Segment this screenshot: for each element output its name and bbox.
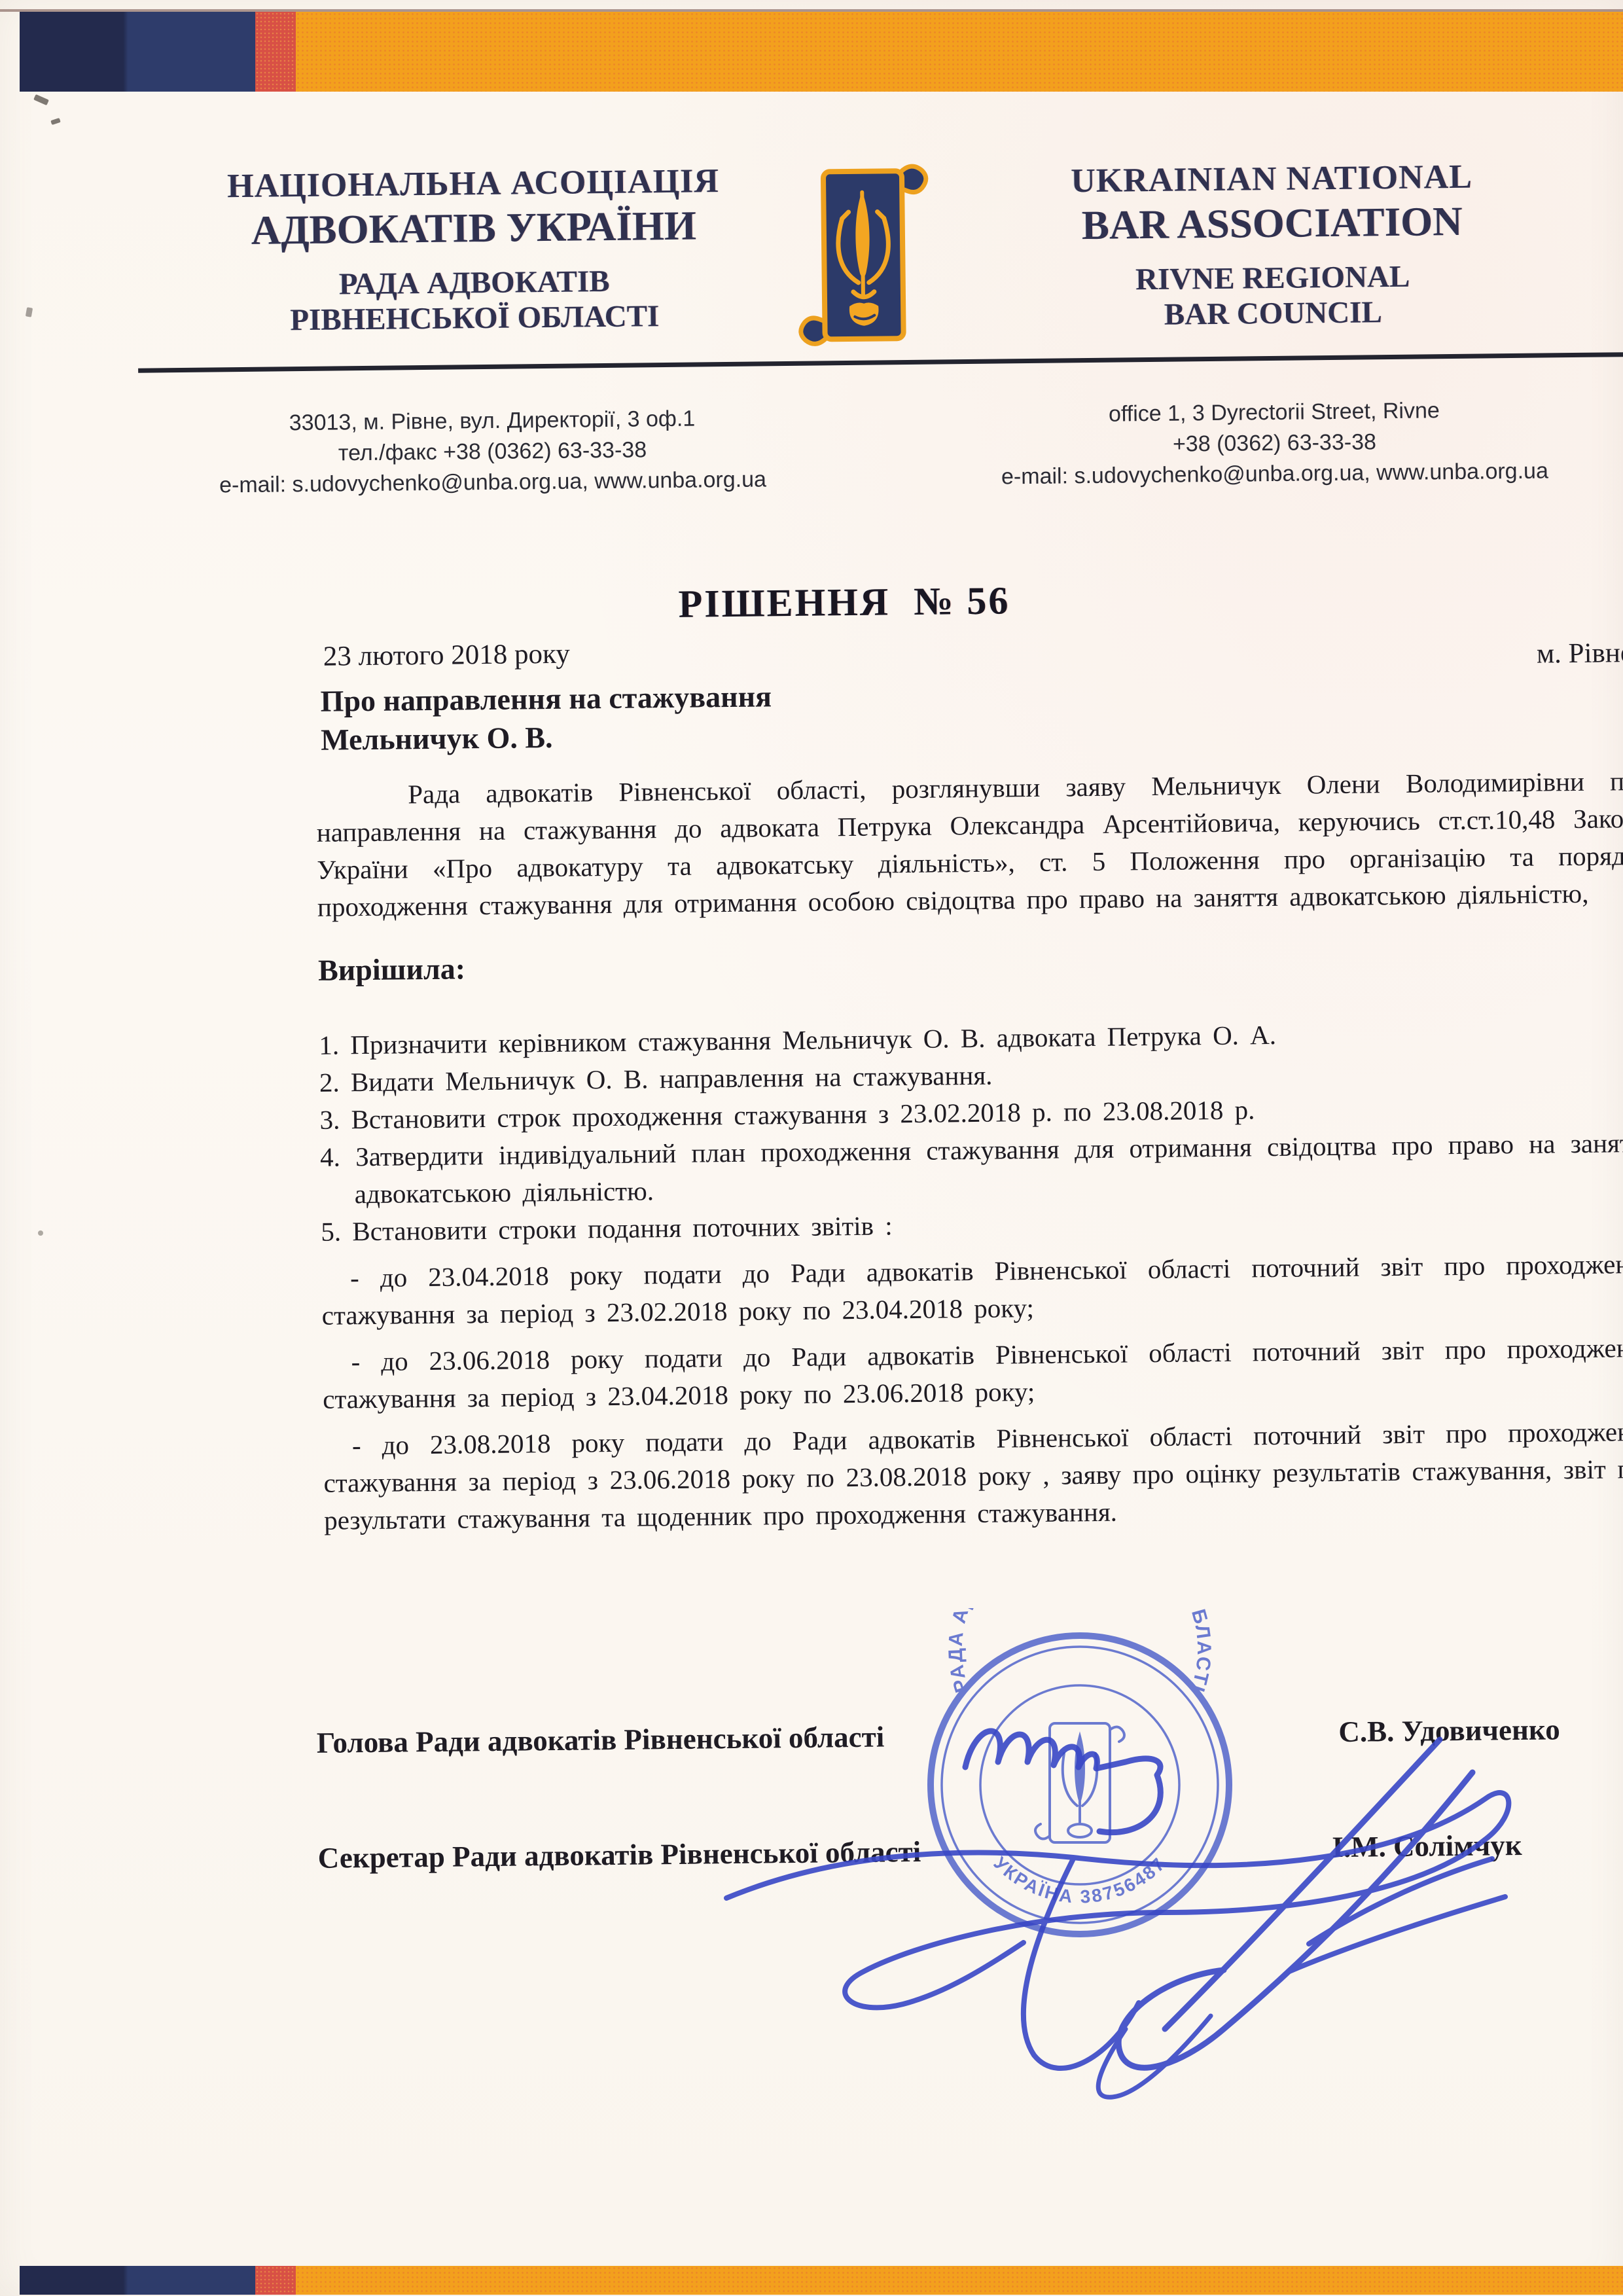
org-ua-line4: РІВНЕНСЬКОЇ ОБЛАСТІ: [219, 300, 730, 337]
resolved-heading: Вирішила:: [318, 935, 1623, 992]
decision-place: м. Рівне: [1537, 637, 1623, 670]
address-english: office 1, 3 Dyrectorii Street, Rivne +38…: [980, 394, 1569, 492]
handwritten-signature: [668, 1662, 1584, 2124]
decision-title: РІШЕННЯ № 56: [314, 574, 1375, 631]
org-en-line1: UKRAINIAN NATIONAL: [1036, 159, 1508, 200]
org-name-english: UKRAINIAN NATIONAL BAR ASSOCIATION RIVNE…: [1036, 159, 1509, 332]
unba-scroll-trident-logo: [791, 152, 944, 372]
org-en-line4: BAR COUNCIL: [1037, 296, 1508, 333]
report-bullet-1: - до 23.04.2018 року подати до Ради адво…: [321, 1246, 1623, 1335]
resolution-item-4: 4. Затвердити індивідуальний план проход…: [320, 1124, 1623, 1213]
address-ua-line3: e-mail: s.udovychenko@unba.org.ua, www.u…: [215, 464, 771, 501]
report-bullet-3: - до 23.08.2018 року подати до Ради адво…: [323, 1412, 1623, 1539]
address-ukrainian: 33013, м. Рівне, вул. Директорії, 3 оф.1…: [214, 403, 771, 501]
org-ua-line1: НАЦІОНАЛЬНА АСОЦІАЦІЯ: [218, 164, 729, 205]
subject-line2: Мельничук О. В.: [321, 716, 772, 759]
decision-date: 23 лютого 2018 року: [323, 638, 570, 673]
scanned-letter-page: НАЦІОНАЛЬНА АСОЦІАЦІЯ АДВОКАТІВ УКРАЇНИ …: [0, 0, 1623, 2296]
address-en-line3: e-mail: s.udovychenko@unba.org.ua, www.u…: [980, 456, 1569, 493]
decision-subject: Про направлення на стажування Мельничук …: [320, 677, 772, 759]
org-en-line2: BAR ASSOCIATION: [1036, 200, 1508, 247]
org-name-ukrainian: НАЦІОНАЛЬНА АСОЦІАЦІЯ АДВОКАТІВ УКРАЇНИ …: [218, 164, 730, 338]
address-ua-line1: 33013, м. Рівне, вул. Директорії, 3 оф.1: [214, 403, 770, 439]
report-bullet-2: - до 23.06.2018 року подати до Ради адво…: [322, 1329, 1623, 1418]
subject-line1: Про направлення на стажування: [320, 677, 772, 721]
org-ua-line3: РАДА АДВОКАТІВ: [219, 264, 729, 302]
org-ua-line2: АДВОКАТІВ УКРАЇНИ: [218, 204, 729, 253]
decision-body: Рада адвокатів Рівненської області, розг…: [316, 762, 1623, 1539]
preamble-paragraph: Рада адвокатів Рівненської області, розг…: [316, 762, 1623, 926]
org-en-line3: RIVNE REGIONAL: [1037, 260, 1508, 297]
